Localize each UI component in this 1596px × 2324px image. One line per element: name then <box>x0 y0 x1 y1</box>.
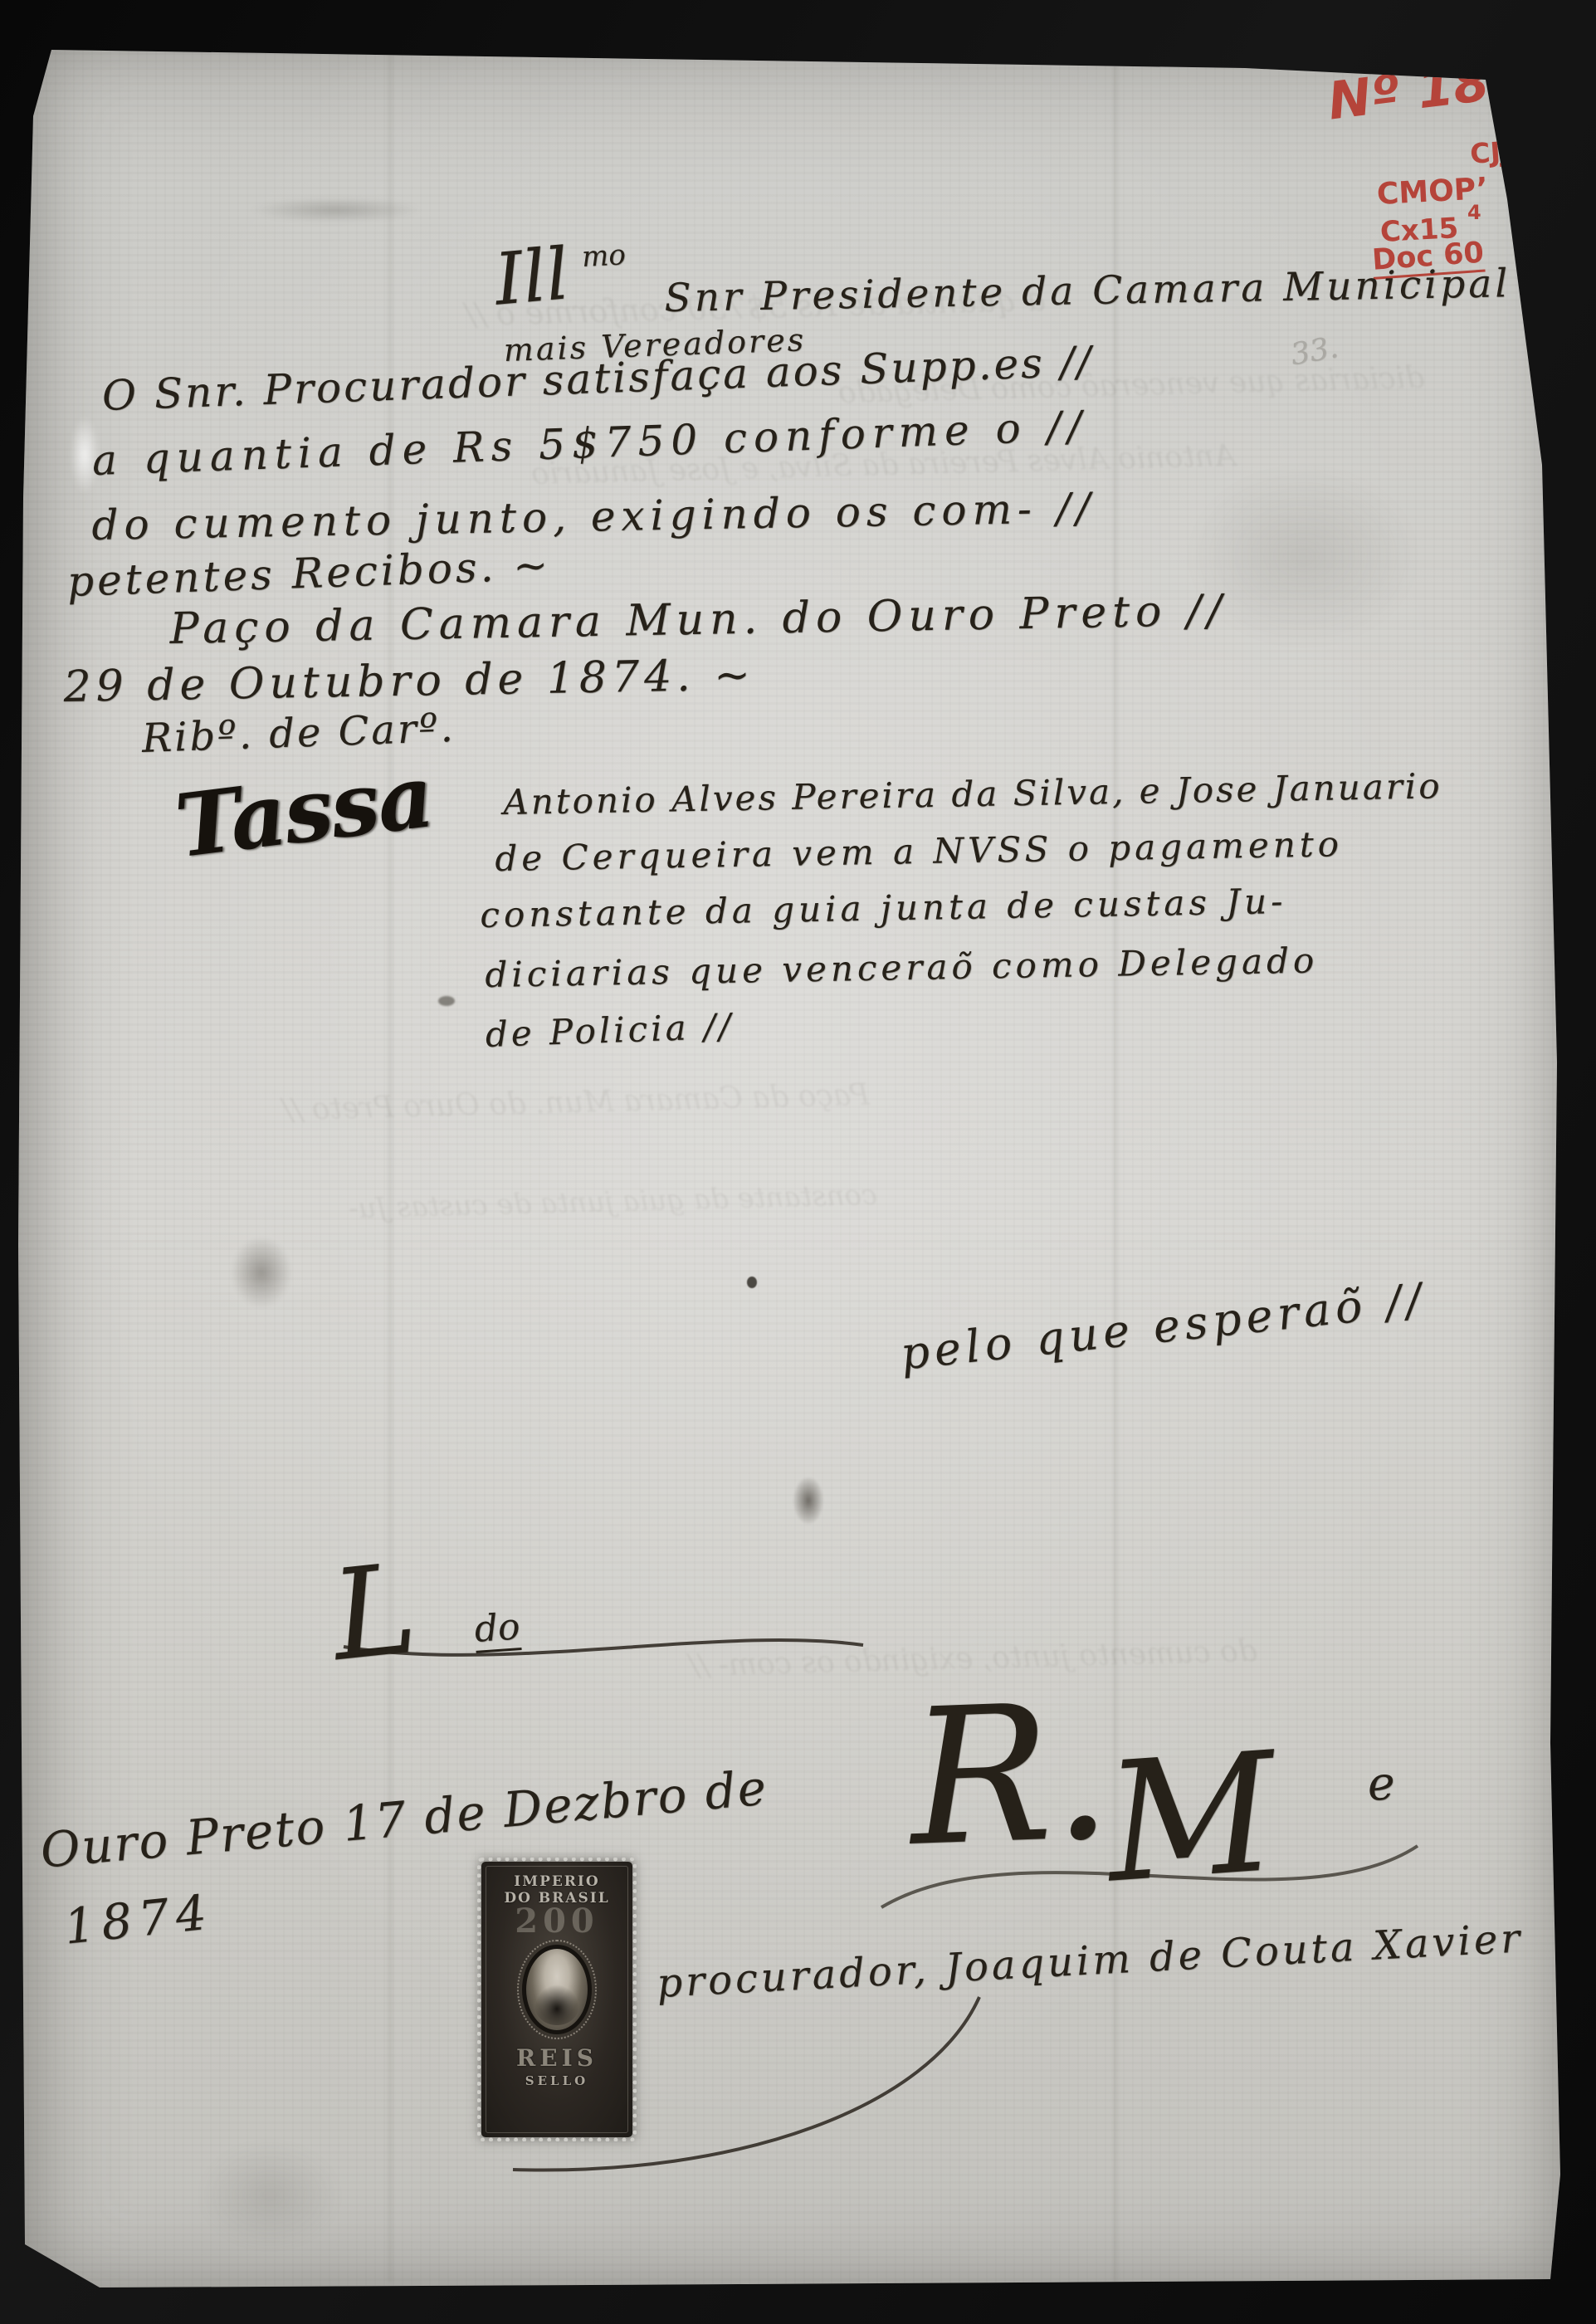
receipt-date-year: 1874 <box>61 1883 216 1955</box>
salutation-abbreviation: Ill <box>491 232 572 321</box>
stain-mark <box>249 198 423 222</box>
bleed-through-text: Paço da Camara Mun. do Ouro Preto // <box>282 1078 871 1128</box>
despacho-line: do cumento junto, exigindo os com- // <box>91 484 1096 549</box>
ink-blot <box>793 1477 823 1524</box>
petition-line: de Policia // <box>485 1006 735 1055</box>
paper-sheet: a quantia de Rs 5$750 conforme o // Anto… <box>0 0 1596 2324</box>
petition-line: constante da guia junta de custas Ju- <box>480 881 1287 935</box>
petition-line: diciarias que venceraõ como Delegado <box>485 940 1319 995</box>
stain-mark <box>199 2141 340 2249</box>
archival-code-cmop-sub: 4 <box>1467 201 1481 224</box>
petition-line: de Cerqueira vem a NVSS o pagamento <box>495 823 1343 879</box>
despacho-line: petentes Recibos. ~ <box>66 541 552 606</box>
lancado-mark: L <box>325 1537 422 1689</box>
document-scan: a quantia de Rs 5$750 conforme o // Anto… <box>0 0 1596 2324</box>
lancado-mark-superscript: do <box>473 1605 521 1653</box>
procurador-signature: procurador, Joaquim de Couta Xavier <box>656 1915 1524 2007</box>
despacho-date-line: 29 de Outubro de 1874. ~ <box>63 650 755 712</box>
ink-blot <box>438 996 455 1006</box>
stain-mark <box>231 1237 292 1308</box>
stamp-perforation <box>477 1858 637 2141</box>
revenue-stamp: IMPERIO DO BRASIL 200 REIS SELLO <box>477 1858 637 2141</box>
salutation-line: Snr Presidente da Camara Municipal e <box>664 260 1554 321</box>
petition-line: Antonio Alves Pereira da Silva, e Jose J… <box>503 765 1442 823</box>
margin-flourish-word: Tassa <box>170 745 437 877</box>
rubric-superscript: e <box>1366 1756 1396 1812</box>
rubric-initial-r: R. <box>906 1663 1115 1888</box>
ink-blot <box>747 1277 757 1288</box>
bleed-through-text: constante da guia junta de custas Ju- <box>349 1179 878 1226</box>
archival-number: Nº 18 <box>1325 51 1492 131</box>
receipt-date-line: Ouro Preto 17 de Dezbro de <box>38 1759 769 1878</box>
petition-closing: pelo que esperaõ // <box>898 1272 1428 1379</box>
rubric-initial-m: M <box>1101 1716 1281 1920</box>
salutation-abbreviation-superscript: mo <box>581 238 627 274</box>
archival-code-cjj: CJJ <box>1469 135 1511 170</box>
